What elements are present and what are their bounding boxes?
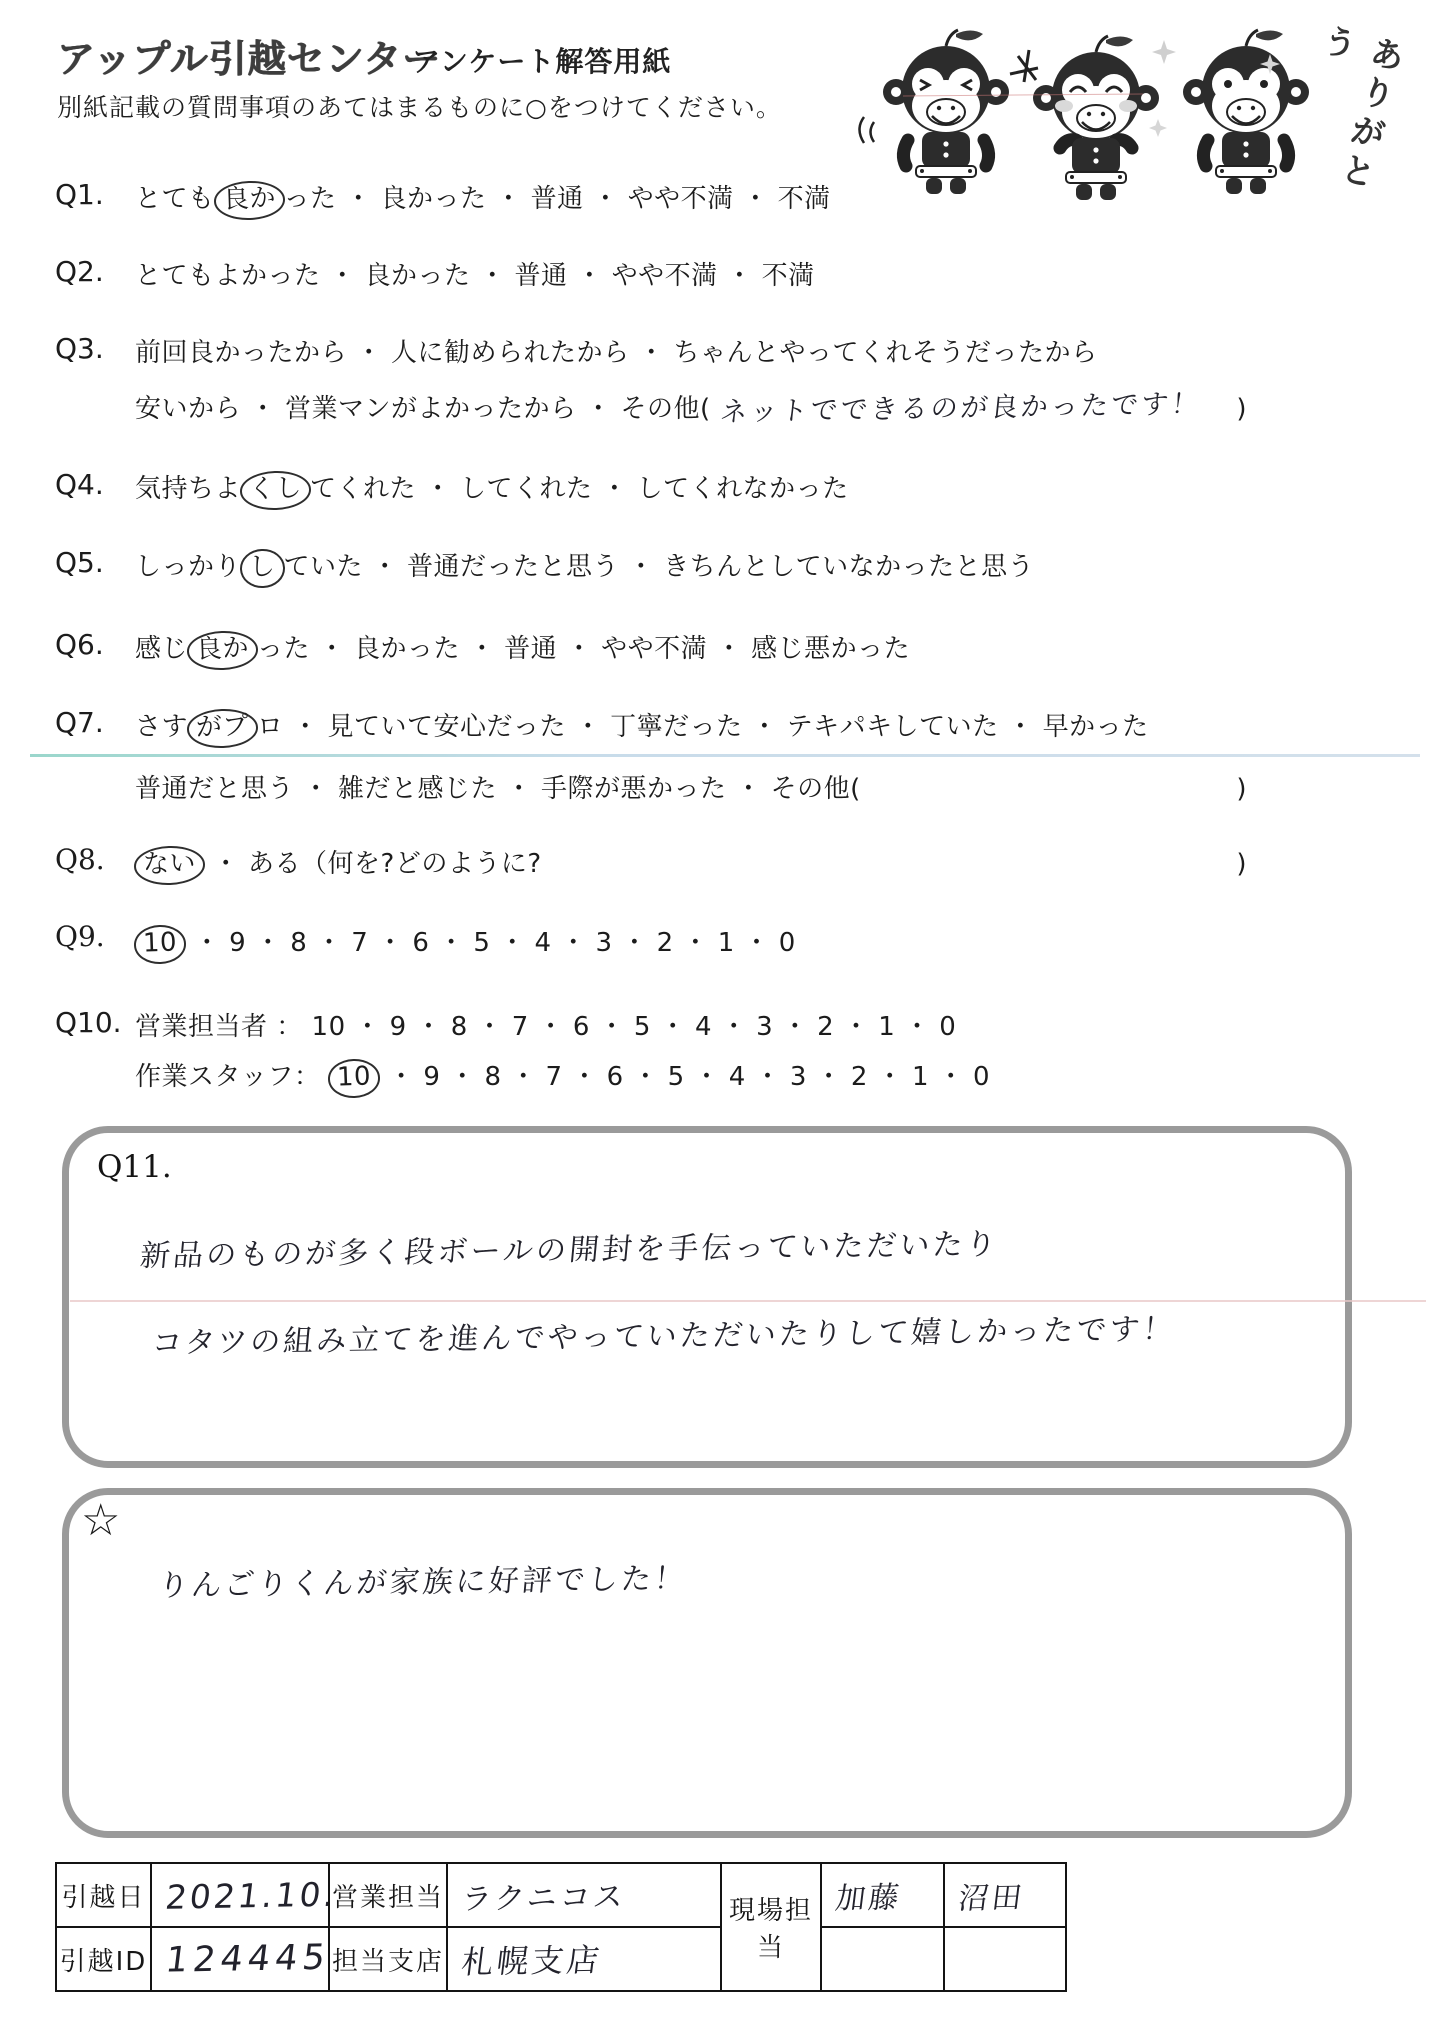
question-options-line: ない ・ ある（何を?どのように?)	[135, 843, 1247, 885]
q11-comment-box: Q11. 新品のものが多く段ボールの開封を手伝っていただいたり コタツの組み立て…	[62, 1126, 1352, 1468]
question-options-line: 感じ良かった ・ 良かった ・ 普通 ・ やや不満 ・ 感じ悪かった	[135, 628, 1247, 670]
star-comment-box: ☆ りんごりくんが家族に好評でした！	[62, 1488, 1352, 1838]
site-staff-label: 現場担当	[721, 1863, 821, 1991]
circled-answer: くし	[239, 470, 311, 511]
option-text: った ・ 良かった ・ 普通 ・ やや不満 ・ 感じ悪かった	[257, 628, 910, 665]
circled-answer: 10	[328, 1058, 381, 1098]
star-icon: ☆	[81, 1495, 120, 1546]
question-options-line: 前回良かったから ・ 人に勧められたから ・ ちゃんとやってくれそうだったから	[135, 332, 1247, 369]
sparkle-icon	[1152, 40, 1176, 64]
question-id: Q10.	[55, 1006, 122, 1039]
option-text: てくれた ・ してくれた ・ してくれなかった	[310, 468, 849, 505]
option-text: ていた ・ 普通だったと思う ・ きちんとしていなかったと思う	[284, 546, 1035, 583]
branch-label: 担当支店	[329, 1927, 447, 1991]
question-options-line: 普通だと思う ・ 雑だと感じた ・ 手際が悪かった ・ その他()	[135, 768, 1247, 805]
question-options-line: とてもよかった ・ 良かった ・ 普通 ・ やや不満 ・ 不満	[135, 255, 1247, 292]
star-handwritten-line: りんごりくんが家族に好評でした！	[157, 1553, 690, 1604]
sparkle-icon	[1149, 119, 1167, 137]
circled-answer: がプ	[186, 708, 258, 749]
option-text: ・ ある（何を?どのように?	[204, 843, 542, 880]
circled-answer: 良か	[186, 630, 258, 671]
move-date-label: 引越日	[56, 1863, 151, 1927]
footer-info-table: 引越日 2021.10.2 営業担当 ラクニコス 現場担当 加藤 沼田 引越ID…	[55, 1862, 1067, 1992]
question-id: Q2.	[55, 255, 104, 288]
closing-paren: )	[1236, 394, 1247, 424]
question-id: Q8.	[55, 843, 105, 876]
option-text: しっかり	[135, 546, 241, 583]
branch-value: 札幌支店	[447, 1927, 721, 1991]
circled-answer: ない	[133, 845, 205, 886]
option-text: ・ 9 ・ 8 ・ 7 ・ 6 ・ 5 ・ 4 ・ 3 ・ 2 ・ 1 ・ 0	[185, 922, 796, 959]
monkey-laughing-icon	[883, 30, 1009, 194]
handwritten-answer: ネットでできるのが良かったです！	[708, 382, 1203, 430]
q11-handwritten-line-2: コタツの組み立てを進んでやっていただいたりして嬉しかったです！	[150, 1304, 1178, 1362]
motion-lines	[860, 117, 875, 143]
option-text: 営業担当者 ： 10 ・ 9 ・ 8 ・ 7 ・ 6 ・ 5 ・ 4 ・ 3 ・…	[135, 1006, 956, 1043]
sparkle-burst	[1010, 50, 1038, 82]
closing-paren: )	[1236, 774, 1247, 804]
question-options-line: 作業スタッフ： 10 ・ 9 ・ 8 ・ 7 ・ 6 ・ 5 ・ 4 ・ 3 ・…	[135, 1056, 1247, 1098]
site-staff-1: 加藤	[821, 1863, 944, 1927]
sales-rep-value: ラクニコス	[447, 1863, 721, 1927]
option-text: ・ 9 ・ 8 ・ 7 ・ 6 ・ 5 ・ 4 ・ 3 ・ 2 ・ 1 ・ 0	[379, 1056, 990, 1093]
option-text: 安いから ・ 営業マンがよかったから ・ その他(	[135, 388, 711, 425]
option-text: 普通だと思う ・ 雑だと感じた ・ 手際が悪かった ・ その他(	[135, 768, 861, 805]
option-text: とてもよかった ・ 良かった ・ 普通 ・ やや不満 ・ 不満	[135, 255, 815, 292]
brand-title: アップル引越センター	[57, 28, 441, 83]
circled-answer: 良か	[213, 180, 285, 221]
table-row: 引越日 2021.10.2 営業担当 ラクニコス 現場担当 加藤 沼田	[56, 1863, 1066, 1927]
option-text: 作業スタッフ：	[135, 1056, 329, 1093]
move-date-value: 2021.10.2	[151, 1863, 329, 1927]
site-staff-3	[821, 1927, 944, 1991]
question-options-line: 営業担当者 ： 10 ・ 9 ・ 8 ・ 7 ・ 6 ・ 5 ・ 4 ・ 3 ・…	[135, 1006, 1247, 1043]
question-options-line: 安いから ・ 営業マンがよかったから ・ その他(ネットでできるのが良かったです…	[135, 386, 1247, 425]
question-id: Q1.	[55, 178, 104, 211]
sales-rep-label: 営業担当	[329, 1863, 447, 1927]
question-id: Q5.	[55, 546, 104, 579]
question-id: Q7.	[55, 706, 104, 739]
scan-artifact-line-cyan	[30, 754, 1420, 757]
circled-answer: し	[239, 548, 285, 588]
monkey-giggling-icon	[1033, 36, 1159, 200]
question-id: Q3.	[55, 332, 104, 365]
question-options-line: 気持ちよくしてくれた ・ してくれた ・ してくれなかった	[135, 468, 1247, 510]
closing-paren: )	[1236, 849, 1247, 879]
instruction-text: 別紙記載の質問事項のあてはまるものに○をつけてください。	[57, 88, 782, 124]
question-options-line: 10 ・ 9 ・ 8 ・ 7 ・ 6 ・ 5 ・ 4 ・ 3 ・ 2 ・ 1 ・…	[135, 922, 1247, 964]
circled-answer: 10	[133, 924, 186, 964]
option-text: った ・ 良かった ・ 普通 ・ やや不満 ・ 不満	[284, 178, 831, 215]
site-staff-4	[944, 1927, 1066, 1991]
form-title: アンケート解答用紙	[412, 40, 671, 80]
scanned-survey-page: アップル引越センター アンケート解答用紙 別紙記載の質問事項のあてはまるものに○…	[0, 0, 1433, 2023]
option-text: 感じ	[135, 628, 188, 665]
question-id: Q9.	[55, 920, 105, 953]
move-id-value: 1244456	[151, 1927, 329, 1991]
site-staff-2: 沼田	[944, 1863, 1066, 1927]
q11-label: Q11.	[97, 1149, 172, 1185]
move-id-label: 引越ID	[56, 1927, 151, 1991]
q11-handwritten-line-1: 新品のものが多く段ボールの開封を手伝っていただいたり	[138, 1219, 1001, 1275]
question-id: Q4.	[55, 468, 104, 501]
option-text: さす	[135, 706, 188, 743]
question-id: Q6.	[55, 628, 104, 661]
table-row: 引越ID 1244456 担当支店 札幌支店	[56, 1927, 1066, 1991]
option-text: とても	[135, 178, 215, 215]
option-text: 気持ちよ	[135, 468, 241, 505]
question-options-line: しっかりしていた ・ 普通だったと思う ・ きちんとしていなかったと思う	[135, 546, 1247, 588]
option-text: 前回良かったから ・ 人に勧められたから ・ ちゃんとやってくれそうだったから	[135, 332, 1098, 369]
option-text: ロ ・ 見ていて安心だった ・ 丁寧だった ・ テキパキしていた ・ 早かった	[257, 706, 1149, 743]
question-options-line: とても良かった ・ 良かった ・ 普通 ・ やや不満 ・ 不満	[135, 178, 1247, 220]
question-options-line: さすがプロ ・ 見ていて安心だった ・ 丁寧だった ・ テキパキしていた ・ 早…	[135, 706, 1247, 748]
scan-artifact-line-pink	[70, 1300, 1426, 1302]
